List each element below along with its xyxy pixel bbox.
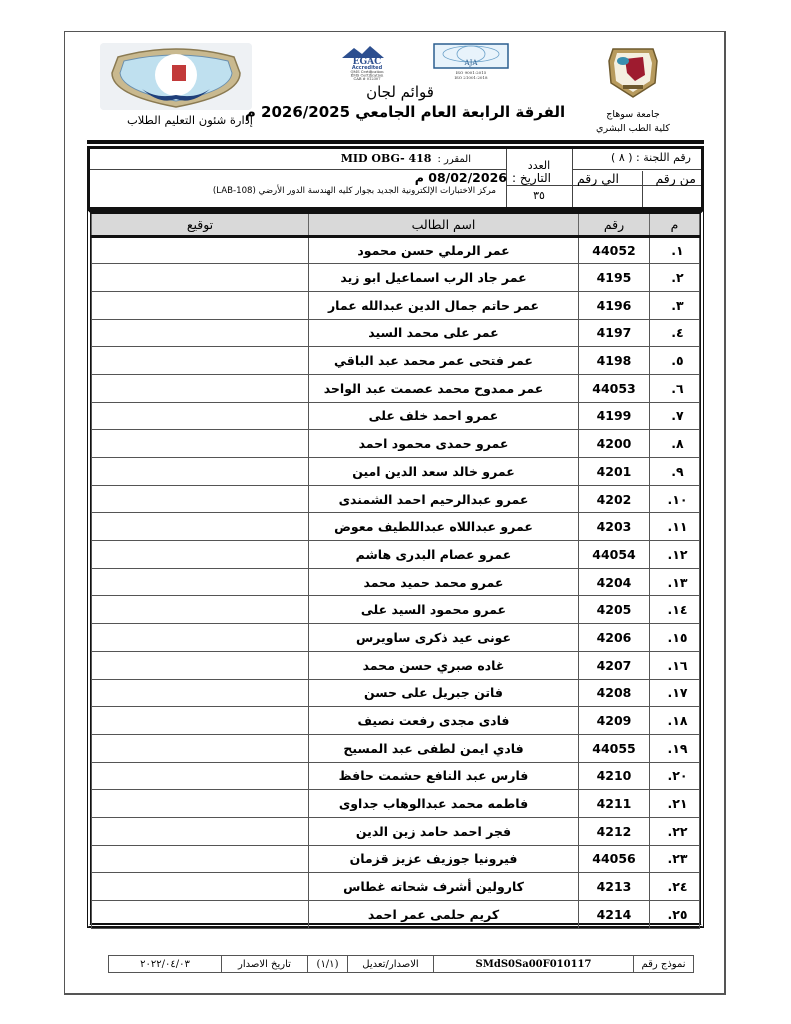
serial-cell: ٢٠.	[650, 762, 700, 790]
signature-cell[interactable]	[92, 430, 309, 458]
serial-cell: ٧.	[650, 402, 700, 430]
table-row: ١٩.44055فادي ايمن لطفى عبد المسيح	[92, 734, 700, 762]
university-name: جامعة سوهاج كلية الطب البشري	[593, 108, 673, 136]
page-subtitle: الفرقة الرابعة العام الجامعي 2026/2025 م	[240, 103, 570, 121]
student-name-cell: عمرو عبدالرحيم احمد الشمندى	[309, 485, 579, 513]
serial-cell: ٢.	[650, 264, 700, 292]
to-number-label: الي رقم	[577, 171, 619, 186]
student-id-cell: 4212	[579, 817, 650, 845]
aja-globe-icon: AJA ISO 9001:2015 ISO 21001:2018	[426, 42, 516, 80]
serial-cell: ١٥.	[650, 624, 700, 652]
table-row: ١٧.4208فاتن جبريل على حسن	[92, 679, 700, 707]
table-row: ٦.44053عمر ممدوح محمد عصمت عبد الواحد	[92, 374, 700, 402]
serial-cell: ١٤.	[650, 596, 700, 624]
serial-cell: ١٢.	[650, 541, 700, 569]
signature-cell[interactable]	[92, 845, 309, 873]
student-name-cell: عمرو عصام البدرى هاشم	[309, 541, 579, 569]
signature-cell[interactable]	[92, 541, 309, 569]
student-id-cell: 4207	[579, 651, 650, 679]
student-id-cell: 4214	[579, 901, 650, 929]
egac-cert-logo: EGAC Accredited QMS Certification EMS Ce…	[322, 42, 412, 80]
serial-cell: ٢٥.	[650, 901, 700, 929]
committee-number: رقم اللجنة : ( ٨ )	[611, 151, 691, 164]
divider	[572, 169, 701, 170]
signature-cell[interactable]	[92, 347, 309, 375]
table-row: ٢٤.4213كارولين أشرف شحاته غطاس	[92, 873, 700, 901]
table-row: ١٦.4207غاده صبري حسن محمد	[92, 651, 700, 679]
serial-cell: ١١.	[650, 513, 700, 541]
student-id-cell: 4211	[579, 790, 650, 818]
student-name-cell: عمر جاد الرب اسماعيل ابو زيد	[309, 264, 579, 292]
student-name-cell: غاده صبري حسن محمد	[309, 651, 579, 679]
student-id-cell: 4197	[579, 319, 650, 347]
student-id-cell: 4196	[579, 291, 650, 319]
student-roster-table: م رقم اسم الطالب توقيع ١.44052عمر الرملي…	[87, 210, 704, 928]
table-row: ١٥.4206عونى عيد ذكرى ساويرس	[92, 624, 700, 652]
student-id-cell: 4195	[579, 264, 650, 292]
table-row: ١.44052عمر الرملي حسن محمود	[92, 236, 700, 264]
table-row: ٤.4197عمر على محمد السيد	[92, 319, 700, 347]
version-label: الاصدار/تعديل	[347, 956, 433, 972]
signature-cell[interactable]	[92, 264, 309, 292]
table-row: ٢٠.4210فارس عبد النافع حشمت حافظ	[92, 762, 700, 790]
page-title: قوائم لجان	[260, 83, 540, 101]
serial-cell: ٩.	[650, 458, 700, 486]
serial-cell: ٣.	[650, 291, 700, 319]
serial-cell: ٢٤.	[650, 873, 700, 901]
student-name-cell: عمرو حمدى محمود احمد	[309, 430, 579, 458]
table-row: ٨.4200عمرو حمدى محمود احمد	[92, 430, 700, 458]
student-id-cell: 4202	[579, 485, 650, 513]
serial-cell: ٢٢.	[650, 817, 700, 845]
signature-cell[interactable]	[92, 596, 309, 624]
signature-cell[interactable]	[92, 790, 309, 818]
signature-cell[interactable]	[92, 679, 309, 707]
signature-cell[interactable]	[92, 707, 309, 735]
student-name-cell: فجر احمد حامد زين الدين	[309, 817, 579, 845]
table-row: ٢١.4211فاطمه محمد عبدالوهاب جداوى	[92, 790, 700, 818]
committee-info-box: رقم اللجنة : ( ٨ ) من رقم الي رقم العدد …	[87, 146, 704, 210]
col-header-name: اسم الطالب	[309, 214, 579, 236]
form-number-label: نموذج رقم	[633, 956, 693, 972]
signature-cell[interactable]	[92, 873, 309, 901]
signature-cell[interactable]	[92, 291, 309, 319]
aja-cert-logo: AJA ISO 9001:2015 ISO 21001:2018	[426, 42, 516, 80]
student-id-cell: 4203	[579, 513, 650, 541]
student-id-cell: 4205	[579, 596, 650, 624]
student-name-cell: عمرو عبداللاه عبداللطيف معوض	[309, 513, 579, 541]
signature-cell[interactable]	[92, 319, 309, 347]
student-id-cell: 4200	[579, 430, 650, 458]
serial-cell: ١٧.	[650, 679, 700, 707]
student-id-cell: 4198	[579, 347, 650, 375]
student-id-cell: 4210	[579, 762, 650, 790]
signature-cell[interactable]	[92, 901, 309, 929]
serial-cell: ٢١.	[650, 790, 700, 818]
student-id-cell: 4209	[579, 707, 650, 735]
svg-text:ISO 21001:2018: ISO 21001:2018	[454, 75, 488, 80]
svg-text:AJA: AJA	[464, 59, 479, 67]
faculty-emblem-icon	[100, 43, 252, 110]
student-id-cell: 4204	[579, 568, 650, 596]
table-row: ٣.4196عمر حاتم جمال الدين عبدالله عمار	[92, 291, 700, 319]
issue-date-label: تاريخ الاصدار	[221, 956, 307, 972]
student-id-cell: 44056	[579, 845, 650, 873]
serial-cell: ١.	[650, 236, 700, 264]
table-row: ٢٣.44056فيرونيا جوزيف عزيز قزمان	[92, 845, 700, 873]
signature-cell[interactable]	[92, 374, 309, 402]
student-id-cell: 44055	[579, 734, 650, 762]
roster-grid: م رقم اسم الطالب توقيع ١.44052عمر الرملي…	[91, 214, 700, 929]
table-row: ٢٢.4212فجر احمد حامد زين الدين	[92, 817, 700, 845]
university-emblem-icon	[605, 43, 661, 99]
student-name-cell: عمر ممدوح محمد عصمت عبد الواحد	[309, 374, 579, 402]
signature-cell[interactable]	[92, 762, 309, 790]
serial-cell: ١٣.	[650, 568, 700, 596]
serial-cell: ١٦.	[650, 651, 700, 679]
student-name-cell: عمرو محمود السيد على	[309, 596, 579, 624]
table-row: ٢٥.4214كريم حلمى عمر احمد	[92, 901, 700, 929]
serial-cell: ١٠.	[650, 485, 700, 513]
university-label: جامعة سوهاج	[593, 108, 673, 122]
table-row: ١٠.4202عمرو عبدالرحيم احمد الشمندى	[92, 485, 700, 513]
signature-cell[interactable]	[92, 402, 309, 430]
form-footer: نموذج رقم SMdS0Sa00F010117 الاصدار/تعديل…	[108, 955, 694, 973]
signature-cell[interactable]	[92, 568, 309, 596]
student-id-cell: 44054	[579, 541, 650, 569]
student-id-cell: 4206	[579, 624, 650, 652]
student-name-cell: فاطمه محمد عبدالوهاب جداوى	[309, 790, 579, 818]
student-id-cell: 44052	[579, 236, 650, 264]
student-name-cell: عمر الرملي حسن محمود	[309, 236, 579, 264]
col-header-signature: توقيع	[92, 214, 309, 236]
student-name-cell: عمر حاتم جمال الدين عبدالله عمار	[309, 291, 579, 319]
form-number-value: SMdS0Sa00F010117	[433, 956, 633, 972]
student-name-cell: فادي ايمن لطفى عبد المسيح	[309, 734, 579, 762]
table-row: ١١.4203عمرو عبداللاه عبداللطيف معوض	[92, 513, 700, 541]
student-name-cell: عمرو احمد خلف على	[309, 402, 579, 430]
student-name-cell: فارس عبد النافع حشمت حافظ	[309, 762, 579, 790]
signature-cell[interactable]	[92, 624, 309, 652]
student-id-cell: 4208	[579, 679, 650, 707]
student-name-cell: كارولين أشرف شحاته غطاس	[309, 873, 579, 901]
student-name-cell: عمر على محمد السيد	[309, 319, 579, 347]
student-name-cell: عمرو خالد سعد الدين امين	[309, 458, 579, 486]
issue-date-value: ٢٠٢٢/٠٤/٠٣	[109, 956, 221, 972]
serial-cell: ١٩.	[650, 734, 700, 762]
col-header-id: رقم	[579, 214, 650, 236]
faculty-logo	[100, 43, 252, 110]
student-name-cell: عمر فتحى عمر محمد عبد الباقي	[309, 347, 579, 375]
table-row: ١٣.4204عمرو محمد حميد محمد	[92, 568, 700, 596]
student-name-cell: كريم حلمى عمر احمد	[309, 901, 579, 929]
table-row: ٧.4199عمرو احمد خلف على	[92, 402, 700, 430]
student-id-cell: 4201	[579, 458, 650, 486]
signature-cell[interactable]	[92, 513, 309, 541]
table-row: ٥.4198عمر فتحى عمر محمد عبد الباقي	[92, 347, 700, 375]
university-logo	[605, 43, 661, 99]
signature-cell[interactable]	[92, 734, 309, 762]
table-row: ٢.4195عمر جاد الرب اسماعيل ابو زيد	[92, 264, 700, 292]
svg-text:CAB # 012307: CAB # 012307	[353, 77, 381, 80]
serial-cell: ٤.	[650, 319, 700, 347]
date-label: التاريخ :	[512, 171, 551, 185]
student-name-cell: فادى مجدى رفعت نصيف	[309, 707, 579, 735]
signature-cell[interactable]	[92, 485, 309, 513]
date-value: 08/02/2026 م	[415, 170, 507, 185]
divider	[642, 171, 643, 207]
signature-cell[interactable]	[92, 651, 309, 679]
student-id-cell: 4199	[579, 402, 650, 430]
course-label: المقرر :	[437, 154, 471, 165]
course-code: MID OBG- 418	[341, 152, 432, 165]
student-name-cell: عونى عيد ذكرى ساويرس	[309, 624, 579, 652]
table-row: ٩.4201عمرو خالد سعد الدين امين	[92, 458, 700, 486]
exam-location: مركز الاختبارات الإلكترونية الجديد بجوار…	[213, 186, 496, 196]
roster-body: ١.44052عمر الرملي حسن محمود٢.4195عمر جاد…	[92, 236, 700, 928]
signature-cell[interactable]	[92, 817, 309, 845]
student-id-cell: 44053	[579, 374, 650, 402]
version-value: (١/١)	[307, 956, 347, 972]
table-row: ١٢.44054عمرو عصام البدرى هاشم	[92, 541, 700, 569]
certification-logos: EGAC Accredited QMS Certification EMS Ce…	[322, 42, 516, 80]
from-number-label: من رقم	[655, 171, 696, 186]
serial-cell: ٢٣.	[650, 845, 700, 873]
student-name-cell: فيرونيا جوزيف عزيز قزمان	[309, 845, 579, 873]
divider	[572, 149, 573, 207]
faculty-label: كلية الطب البشري	[593, 122, 673, 136]
table-row: ١٤.4205عمرو محمود السيد على	[92, 596, 700, 624]
header-divider	[87, 140, 704, 144]
divider	[506, 185, 572, 186]
signature-cell[interactable]	[92, 236, 309, 264]
col-header-serial: م	[650, 214, 700, 236]
serial-cell: ٦.	[650, 374, 700, 402]
signature-cell[interactable]	[92, 458, 309, 486]
serial-cell: ٨.	[650, 430, 700, 458]
serial-cell: ٥.	[650, 347, 700, 375]
table-header-row: م رقم اسم الطالب توقيع	[92, 214, 700, 236]
count-value: ٣٥	[510, 189, 568, 202]
table-row: ١٨.4209فادى مجدى رفعت نصيف	[92, 707, 700, 735]
student-name-cell: فاتن جبريل على حسن	[309, 679, 579, 707]
course-field: المقرر : MID OBG- 418	[341, 152, 471, 165]
serial-cell: ١٨.	[650, 707, 700, 735]
date-field: التاريخ : 08/02/2026 م	[415, 170, 551, 185]
egac-mark-icon: EGAC Accredited QMS Certification EMS Ce…	[322, 42, 412, 80]
student-name-cell: عمرو محمد حميد محمد	[309, 568, 579, 596]
student-id-cell: 4213	[579, 873, 650, 901]
